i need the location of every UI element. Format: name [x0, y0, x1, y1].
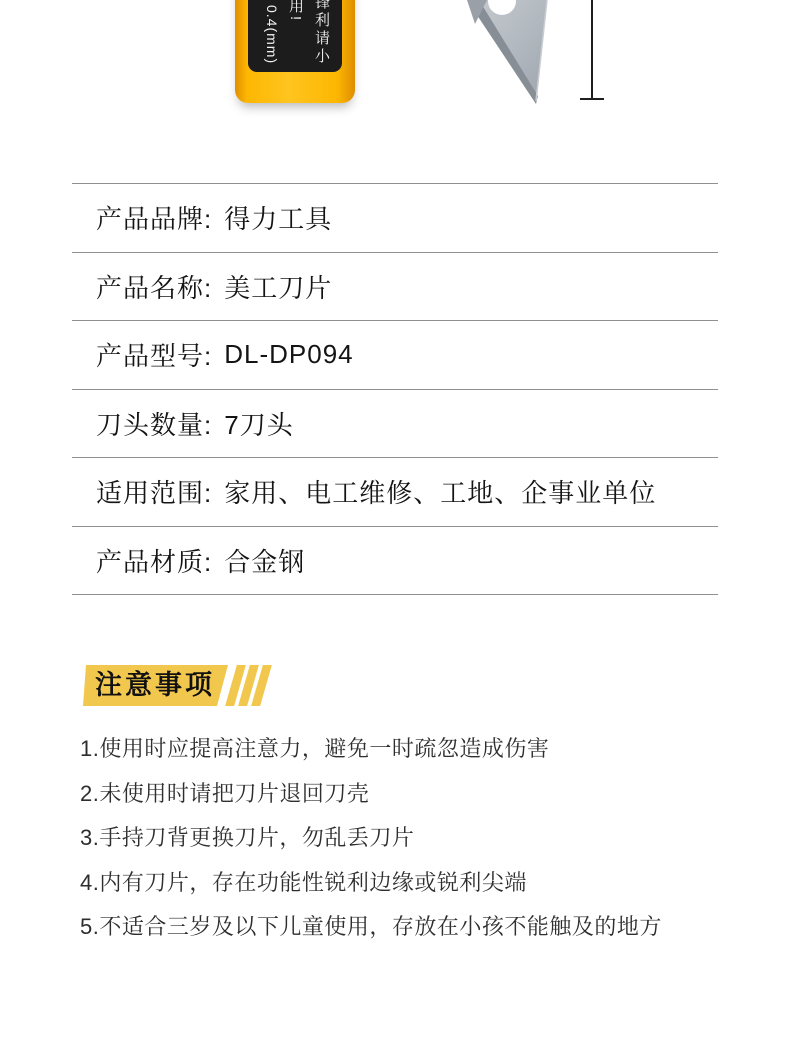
dimension-line-tick — [580, 98, 604, 100]
notice-item: 3.手持刀背更换刀片，勿乱丢刀片 — [80, 816, 740, 861]
notice-item: 2.未使用时请把刀片退回刀壳 — [80, 772, 740, 817]
notice-heading-banner: 注意事项 — [83, 665, 228, 706]
dimension-line — [591, 0, 593, 100]
spec-value: 合金钢 — [224, 542, 305, 579]
spec-row-scope: 适用范围: 家用、电工维修、工地、企事业单位 — [72, 458, 718, 527]
spec-value: 7刀头 — [224, 405, 293, 442]
spec-row-model: 产品型号: DL-DP094 — [72, 321, 718, 390]
notice-item: 4.内有刀片，存在功能性锐利边缘或锐利尖端 — [80, 861, 740, 906]
spec-value: 得力工具 — [224, 199, 332, 236]
spec-row-brand: 产品品牌: 得力工具 — [72, 184, 718, 253]
notice-item: 1.使用时应提高注意力，避免一时疏忽造成伤害 — [80, 727, 740, 772]
spec-label: 适用范围: — [96, 473, 212, 510]
spec-label: 产品名称: — [96, 268, 212, 305]
spec-label: 产品材质: — [96, 542, 212, 579]
case-label-text-column: 锋利请小 — [311, 0, 332, 66]
spec-row-blade-count: 刀头数量: 7刀头 — [72, 390, 718, 459]
product-photo: 锋利请小 用! 0.4(mm) — [0, 0, 790, 170]
spec-label: 产品型号: — [96, 336, 212, 373]
case-label-text-column: 用! — [285, 0, 306, 23]
notice-list: 1.使用时应提高注意力，避免一时疏忽造成伤害 2.未使用时请把刀片退回刀壳 3.… — [80, 727, 740, 950]
spec-row-name: 产品名称: 美工刀片 — [72, 253, 718, 322]
spec-label: 刀头数量: — [96, 405, 212, 442]
case-label-text-column: 0.4(mm) — [264, 5, 280, 64]
blade-case-label: 锋利请小 用! 0.4(mm) — [248, 0, 342, 72]
spec-row-material: 产品材质: 合金钢 — [72, 527, 718, 596]
blade-case-image: 锋利请小 用! 0.4(mm) — [235, 0, 355, 103]
spec-table: 产品品牌: 得力工具 产品名称: 美工刀片 产品型号: DL-DP094 刀头数… — [72, 183, 718, 595]
spec-value: 家用、电工维修、工地、企事业单位 — [224, 473, 656, 510]
notice-item: 5.不适合三岁及以下儿童使用，存放在小孩不能触及的地方 — [80, 905, 740, 950]
notice-heading-title: 注意事项 — [83, 665, 228, 706]
spec-value: DL-DP094 — [224, 339, 353, 370]
spec-label: 产品品牌: — [96, 199, 212, 236]
spec-value: 美工刀片 — [224, 268, 332, 305]
